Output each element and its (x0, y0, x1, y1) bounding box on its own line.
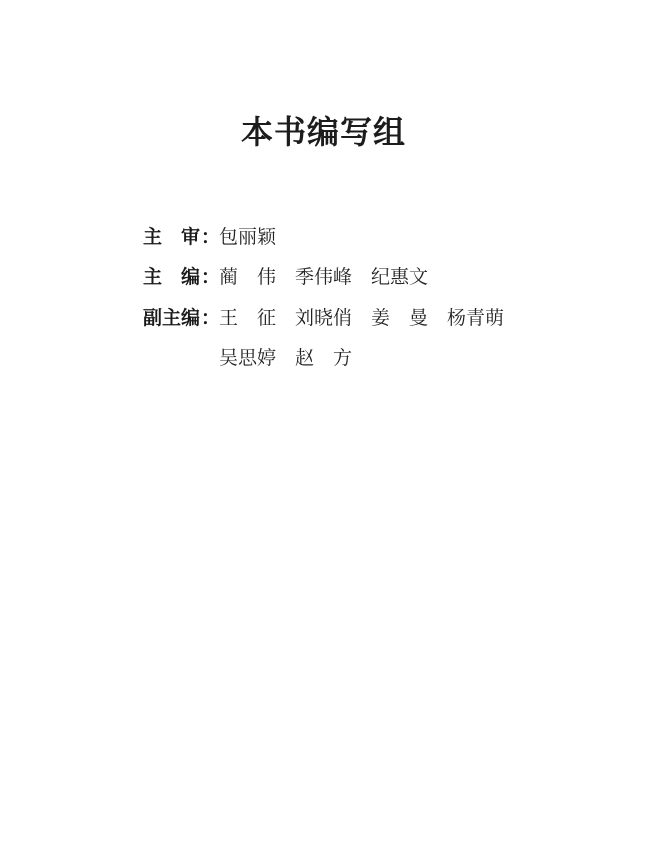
credit-line-chief-editor: 主 编：蔺 伟 季伟峰 纪惠文 (143, 258, 617, 299)
credit-line-deputy-editors-wrap: 吴思婷 赵 方 (143, 339, 617, 380)
page-title: 本书编写组 (0, 107, 647, 153)
credit-names: 蔺 伟 季伟峰 纪惠文 (219, 268, 428, 287)
book-credits-page: 本书编写组 主 审：包丽颖 主 编：蔺 伟 季伟峰 纪惠文 副主编：王 征 刘晓… (0, 0, 647, 852)
credit-colon: ： (201, 309, 219, 328)
credit-colon: ： (201, 268, 219, 287)
credit-role-label: 副主编 (143, 309, 201, 328)
credits-block: 主 审：包丽颖 主 编：蔺 伟 季伟峰 纪惠文 副主编：王 征 刘晓俏 姜 曼 … (143, 217, 617, 379)
credit-line-deputy-editors: 副主编：王 征 刘晓俏 姜 曼 杨青萌 (143, 298, 617, 339)
credit-colon: ： (201, 228, 219, 247)
credit-role-label: 主 编 (143, 268, 201, 287)
credit-names: 包丽颖 (219, 228, 276, 247)
credit-line-chief-reviewer: 主 审：包丽颖 (143, 217, 617, 258)
credit-role-label: 主 审 (143, 228, 201, 247)
credit-names: 王 征 刘晓俏 姜 曼 杨青萌 (219, 309, 504, 328)
credit-names: 吴思婷 赵 方 (219, 349, 352, 368)
